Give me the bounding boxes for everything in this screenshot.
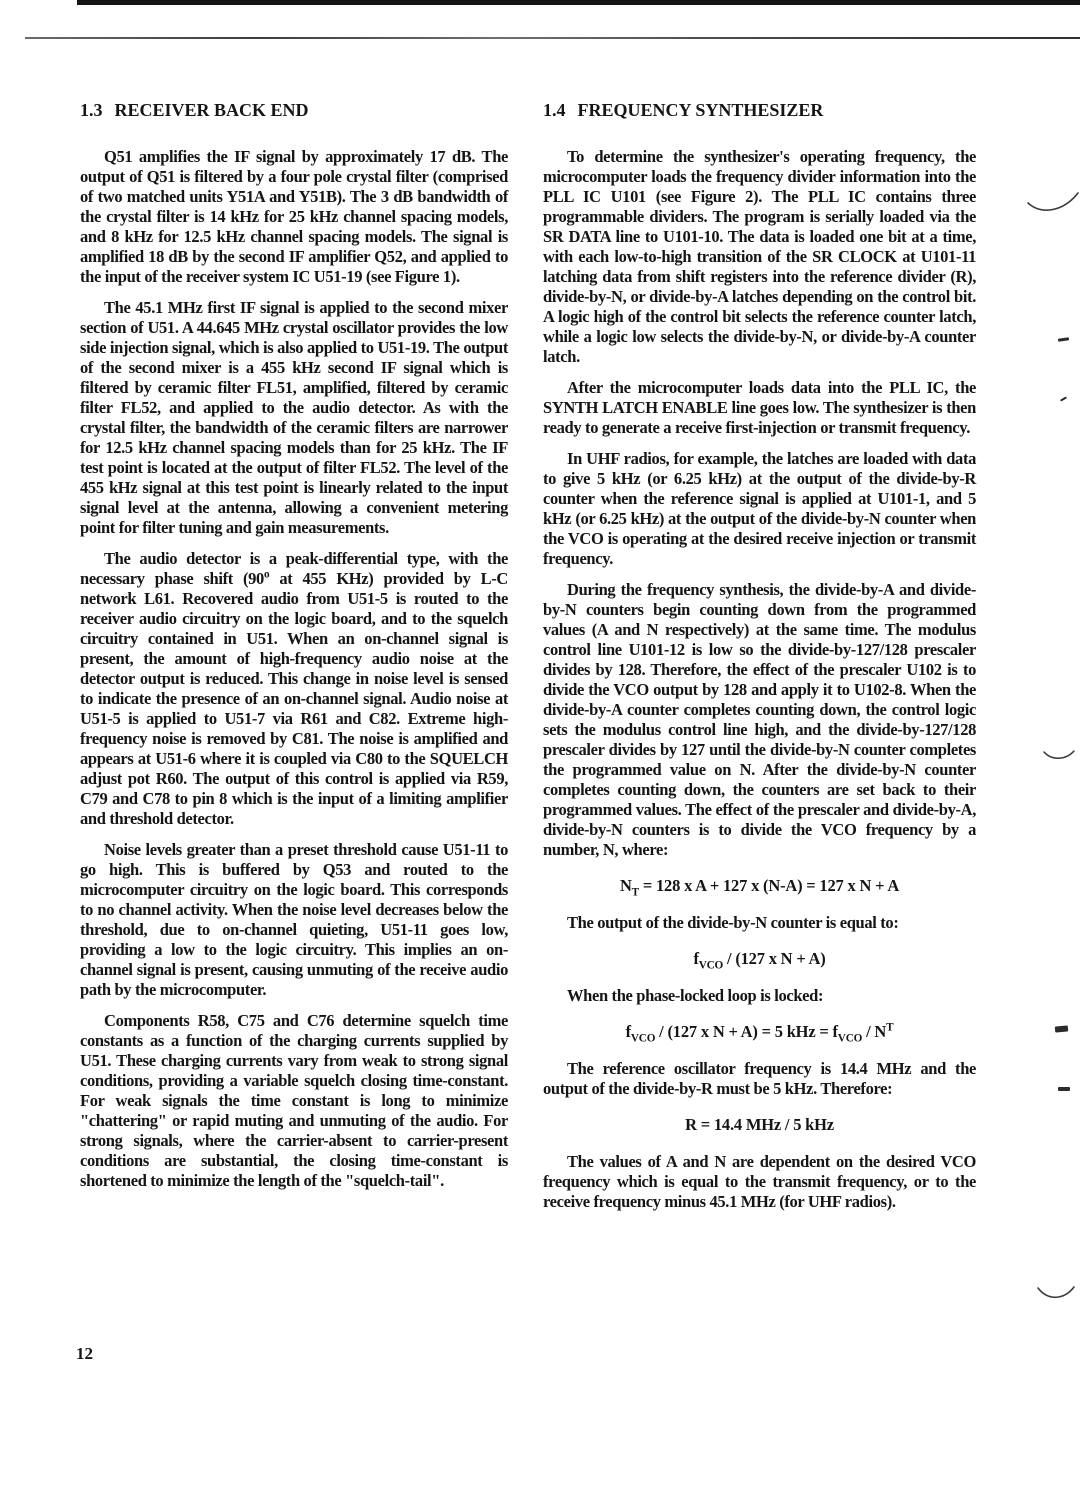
page-number: 12 <box>76 1344 93 1364</box>
formula: R = 14.4 MHz / 5 kHz <box>543 1115 976 1135</box>
formula: fVCO / (127 x N + A) = 5 kHz = fVCO / NT <box>543 1022 976 1042</box>
scan-edge-bar <box>77 0 1080 5</box>
paragraph: Noise levels greater than a preset thres… <box>80 840 508 1000</box>
scan-mark-curve <box>1025 190 1080 220</box>
paragraph: The audio detector is a peak-differentia… <box>80 549 508 829</box>
section-title: FREQUENCY SYNTHESIZER <box>578 100 824 120</box>
left-column: 1.3RECEIVER BACK ENDQ51 amplifies the IF… <box>80 100 508 1202</box>
scan-mark-curve <box>1036 1280 1076 1304</box>
section-number: 1.3 <box>80 100 103 120</box>
paragraph: When the phase-locked loop is locked: <box>543 986 976 1006</box>
right-column: 1.4FREQUENCY SYNTHESIZERTo determine the… <box>543 100 976 1223</box>
section-title: RECEIVER BACK END <box>115 100 309 120</box>
section-heading: 1.3RECEIVER BACK END <box>80 100 508 121</box>
paragraph: Q51 amplifies the IF signal by approxima… <box>80 147 508 287</box>
scan-mark-dash <box>1058 337 1069 342</box>
paragraph: The reference oscillator frequency is 14… <box>543 1059 976 1099</box>
scan-mark-curve <box>1042 746 1076 764</box>
paragraph: After the microcomputer loads data into … <box>543 378 976 438</box>
formula: NT = 128 x A + 127 x (N-A) = 127 x N + A <box>543 876 976 896</box>
scan-mark-dash <box>1055 1025 1068 1032</box>
paragraph: The output of the divide-by-N counter is… <box>543 913 976 933</box>
section-heading: 1.4FREQUENCY SYNTHESIZER <box>543 100 976 121</box>
paragraph: During the frequency synthesis, the divi… <box>543 580 976 860</box>
section-number: 1.4 <box>543 100 566 120</box>
paragraph: In UHF radios, for example, the latches … <box>543 449 976 569</box>
scan-mark-dash <box>1060 396 1067 401</box>
paragraph: To determine the synthesizer's operating… <box>543 147 976 367</box>
paragraph: The values of A and N are dependent on t… <box>543 1152 976 1212</box>
paragraph: The 45.1 MHz first IF signal is applied … <box>80 298 508 538</box>
paragraph: Components R58, C75 and C76 determine sq… <box>80 1011 508 1191</box>
scan-mark-dash <box>1058 1087 1070 1091</box>
formula: fVCO / (127 x N + A) <box>543 949 976 969</box>
header-rule <box>25 37 1080 39</box>
document-page: 1.3RECEIVER BACK ENDQ51 amplifies the IF… <box>0 0 1080 1486</box>
